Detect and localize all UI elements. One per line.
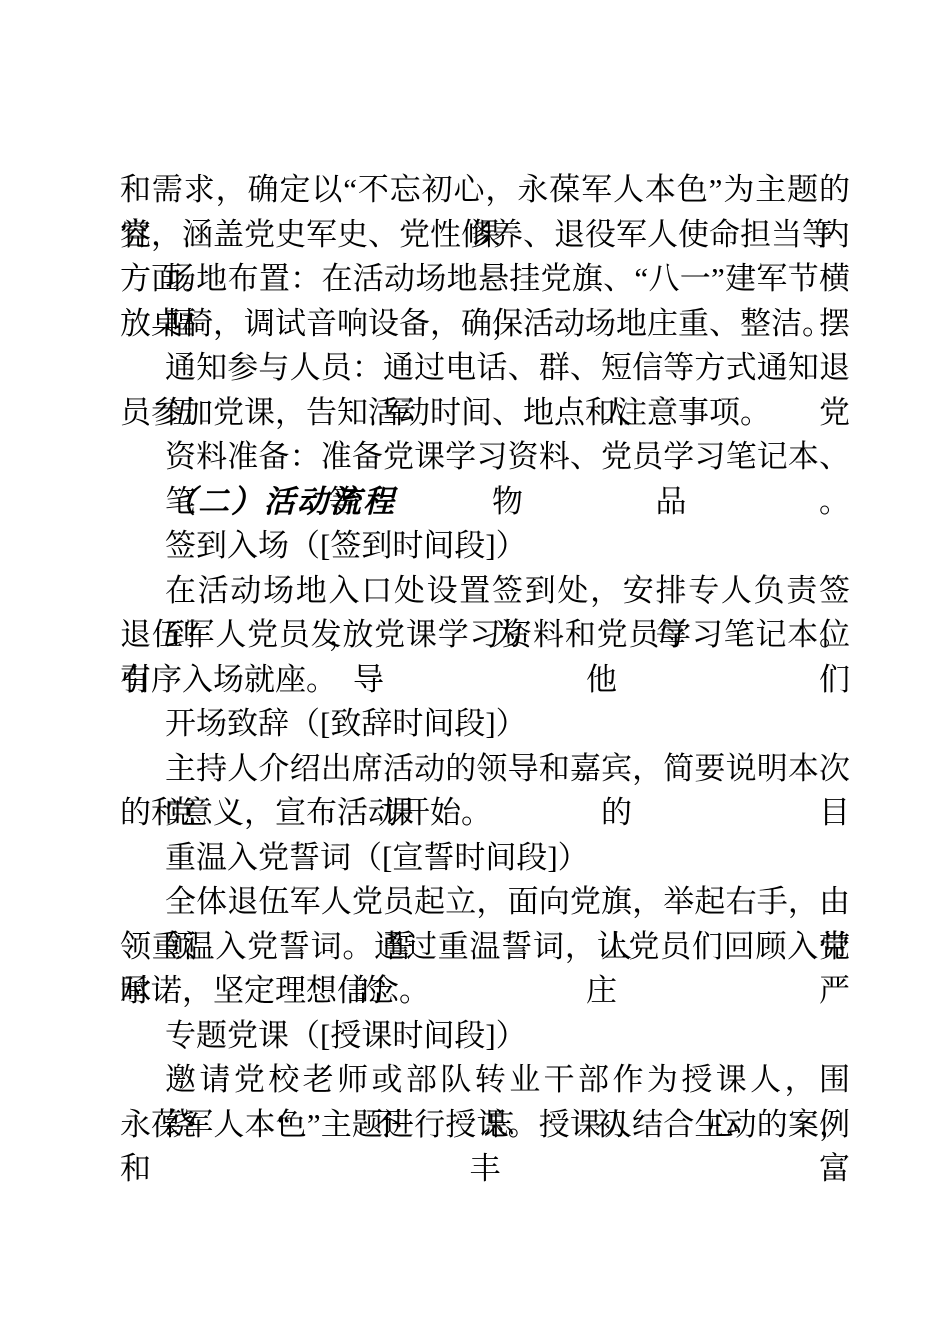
text-line: 通知参与人员：通过电话、群、短信等方式通知退伍军人党: [120, 346, 850, 391]
text-line: 放桌椅，调试音响设备，确保活动场地庄重、整洁。: [120, 302, 850, 347]
text-line: 在活动场地入口处设置签到处，安排专人负责签到，为每位: [120, 569, 850, 614]
text-line: 资料准备：准备党课学习资料、党员学习笔记本、笔等物品。: [120, 435, 850, 480]
text-line: 退伍军人党员发放党课学习资料和党员学习笔记本。引导他们: [120, 613, 850, 658]
document-text-block: 和需求，确定以“不忘初心，永葆军人本色”为主题的党课内 容，涵盖党史军史、党性修…: [120, 168, 850, 1147]
text-line: 开场致辞（[致辞时间段]）: [120, 702, 850, 747]
text-line: 邀请党校老师或部队转业干部作为授课人，围绕“不忘初心，: [120, 1058, 850, 1103]
text-line: 容，涵盖党史军史、党性修养、退役军人使命担当等方面。: [120, 213, 850, 258]
text-line: 专题党课（[授课时间段]）: [120, 1014, 850, 1059]
text-line: 重温入党誓词（[宣誓时间段]）: [120, 836, 850, 881]
text-line: 签到入场（[签到时间段]）: [120, 524, 850, 569]
text-line: 永葆军人本色”主题进行授课。授课人结合生动的案例和丰富: [120, 1103, 850, 1148]
text-line: 全体退伍军人党员起立，面向党旗，举起右手，由领誓人带: [120, 880, 850, 925]
text-line: 员参加党课，告知活动时间、地点和注意事项。: [120, 391, 850, 436]
document-page: 和需求，确定以“不忘初心，永葆军人本色”为主题的党课内 容，涵盖党史军史、党性修…: [0, 0, 950, 1344]
text-line: 场地布置：在活动场地悬挂党旗、“八一”建军节横幅，摆: [120, 257, 850, 302]
text-line: 领重温入党誓词。通过重温誓词，让党员们回顾入党时的庄严: [120, 925, 850, 970]
text-line: 和需求，确定以“不忘初心，永葆军人本色”为主题的党课内: [120, 168, 850, 213]
text-line: 主持人介绍出席活动的领导和嘉宾，简要说明本次党课的目: [120, 747, 850, 792]
